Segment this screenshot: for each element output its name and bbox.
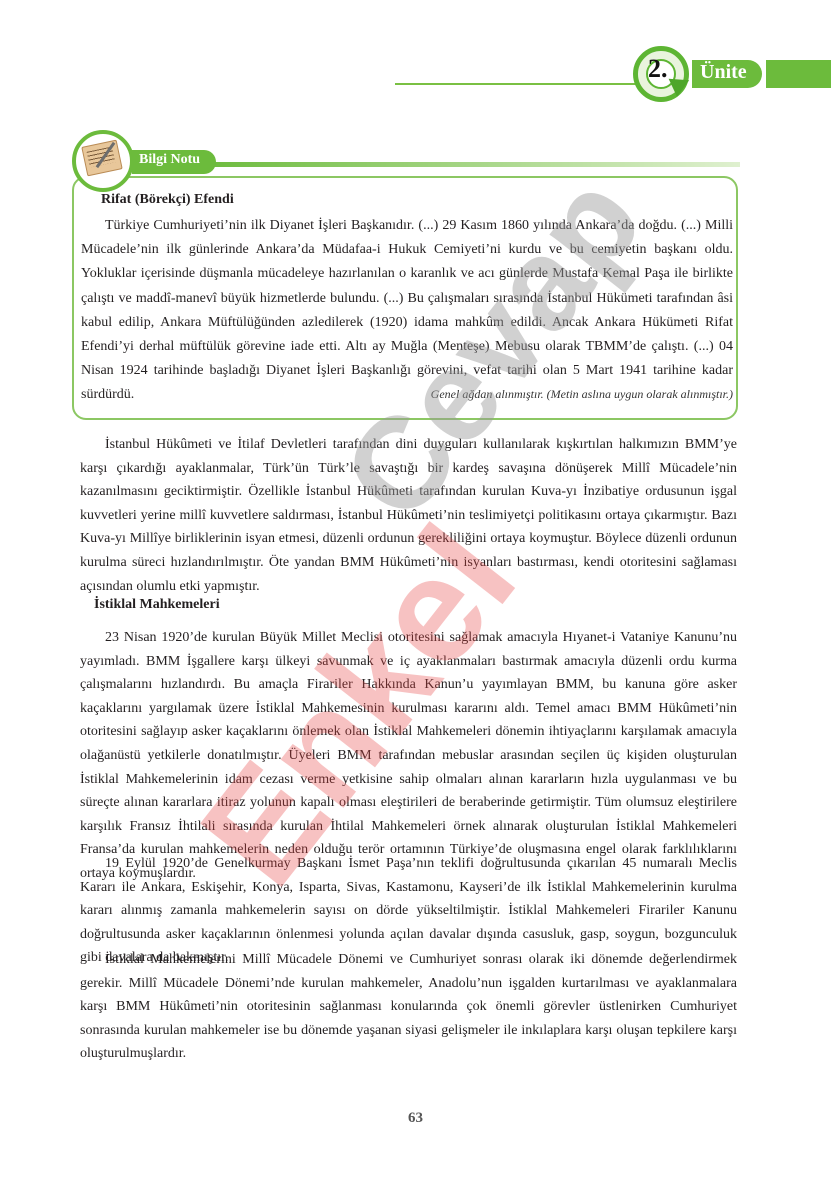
unit-number: 2. xyxy=(648,54,668,84)
unit-bar xyxy=(766,60,831,88)
note-label: Bilgi Notu xyxy=(139,152,200,168)
paragraph-2: 23 Nisan 1920’de kurulan Büyük Millet Me… xyxy=(80,626,737,886)
note-header-rule xyxy=(200,162,740,167)
note-source: Genel ağdan alınmıştır. (Metin aslına uy… xyxy=(431,387,733,402)
note-title: Rifat (Börekçi) Efendi xyxy=(101,192,234,208)
unit-header: 2. Ünite xyxy=(0,40,831,110)
section-title: İstiklal Mahkemeleri xyxy=(94,597,220,613)
header-rule xyxy=(395,83,645,85)
paragraph-1: İstanbul Hükûmeti ve İtilaf Devletleri t… xyxy=(80,433,737,598)
page-number: 63 xyxy=(0,1110,831,1127)
unit-label: Ünite xyxy=(700,61,747,84)
note-body: Türkiye Cumhuriyeti’nin ilk Diyanet İşle… xyxy=(81,214,733,408)
paragraph-4: İstiklal Mahkemelerini Millî Mücadele Dö… xyxy=(80,948,737,1066)
